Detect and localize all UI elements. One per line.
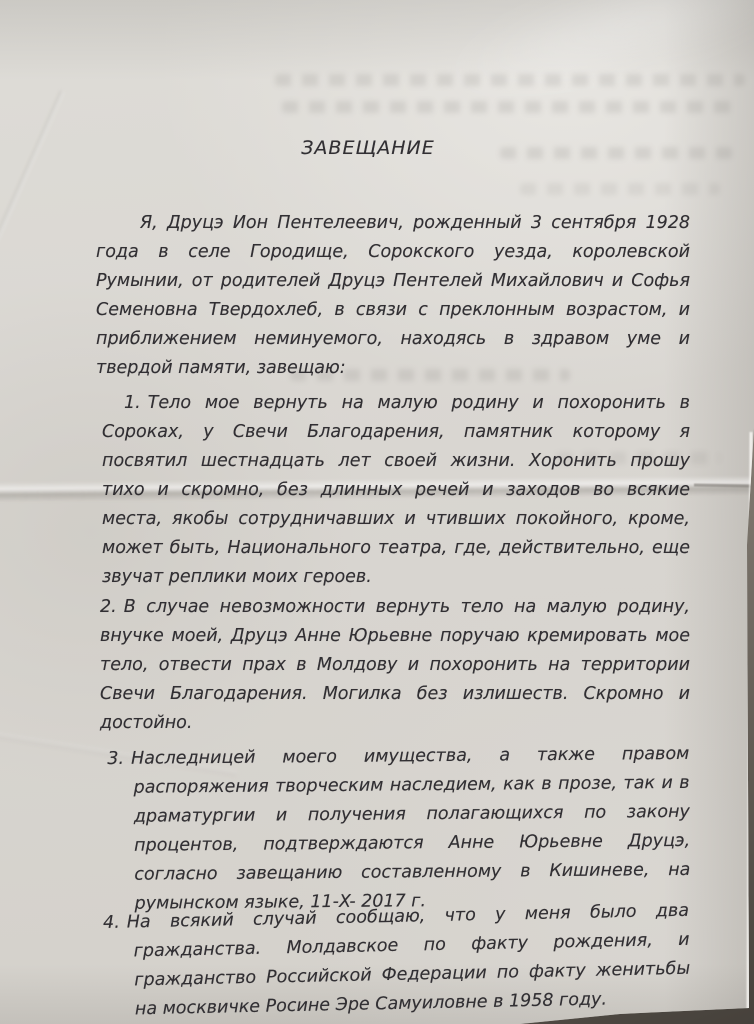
item-number: 4. bbox=[103, 913, 120, 933]
item-text: Наследницей моего имущества, а также пра… bbox=[131, 744, 690, 914]
document-title: ЗАВЕЩАНИЕ bbox=[96, 134, 640, 163]
item-text: В случае невозможности вернуть тело на м… bbox=[100, 597, 690, 733]
photo-of-document: ЗАВЕЩАНИЕ Я, Друцэ Ион Пентелеевич, рожд… bbox=[0, 0, 754, 1024]
item-number: 2. bbox=[100, 597, 117, 617]
item-number: 1. bbox=[124, 393, 141, 413]
item-text: Тело мое вернуть на малую родину и похор… bbox=[102, 393, 690, 587]
item-number: 3. bbox=[107, 749, 124, 769]
paper-crease-top-left bbox=[0, 90, 64, 245]
will-item-4: 4.На всякий случай сообщаю, что у меня б… bbox=[103, 897, 691, 1024]
will-item-2: 2.В случае невозможности вернуть тело на… bbox=[100, 593, 690, 738]
will-item-1: 1.Тело мое вернуть на малую родину и пох… bbox=[102, 389, 690, 592]
will-item-3: 3.Наследницей моего имущества, а также п… bbox=[103, 740, 690, 919]
paper-sheet: ЗАВЕЩАНИЕ Я, Друцэ Ион Пентелеевич, рожд… bbox=[0, 0, 754, 1024]
will-document: ЗАВЕЩАНИЕ Я, Друцэ Ион Пентелеевич, рожд… bbox=[96, 0, 690, 1024]
item-text: На всякий случай сообщаю, что у меня был… bbox=[127, 901, 691, 1020]
intro-paragraph: Я, Друцэ Ион Пентелеевич, рожденный 3 се… bbox=[96, 209, 690, 383]
